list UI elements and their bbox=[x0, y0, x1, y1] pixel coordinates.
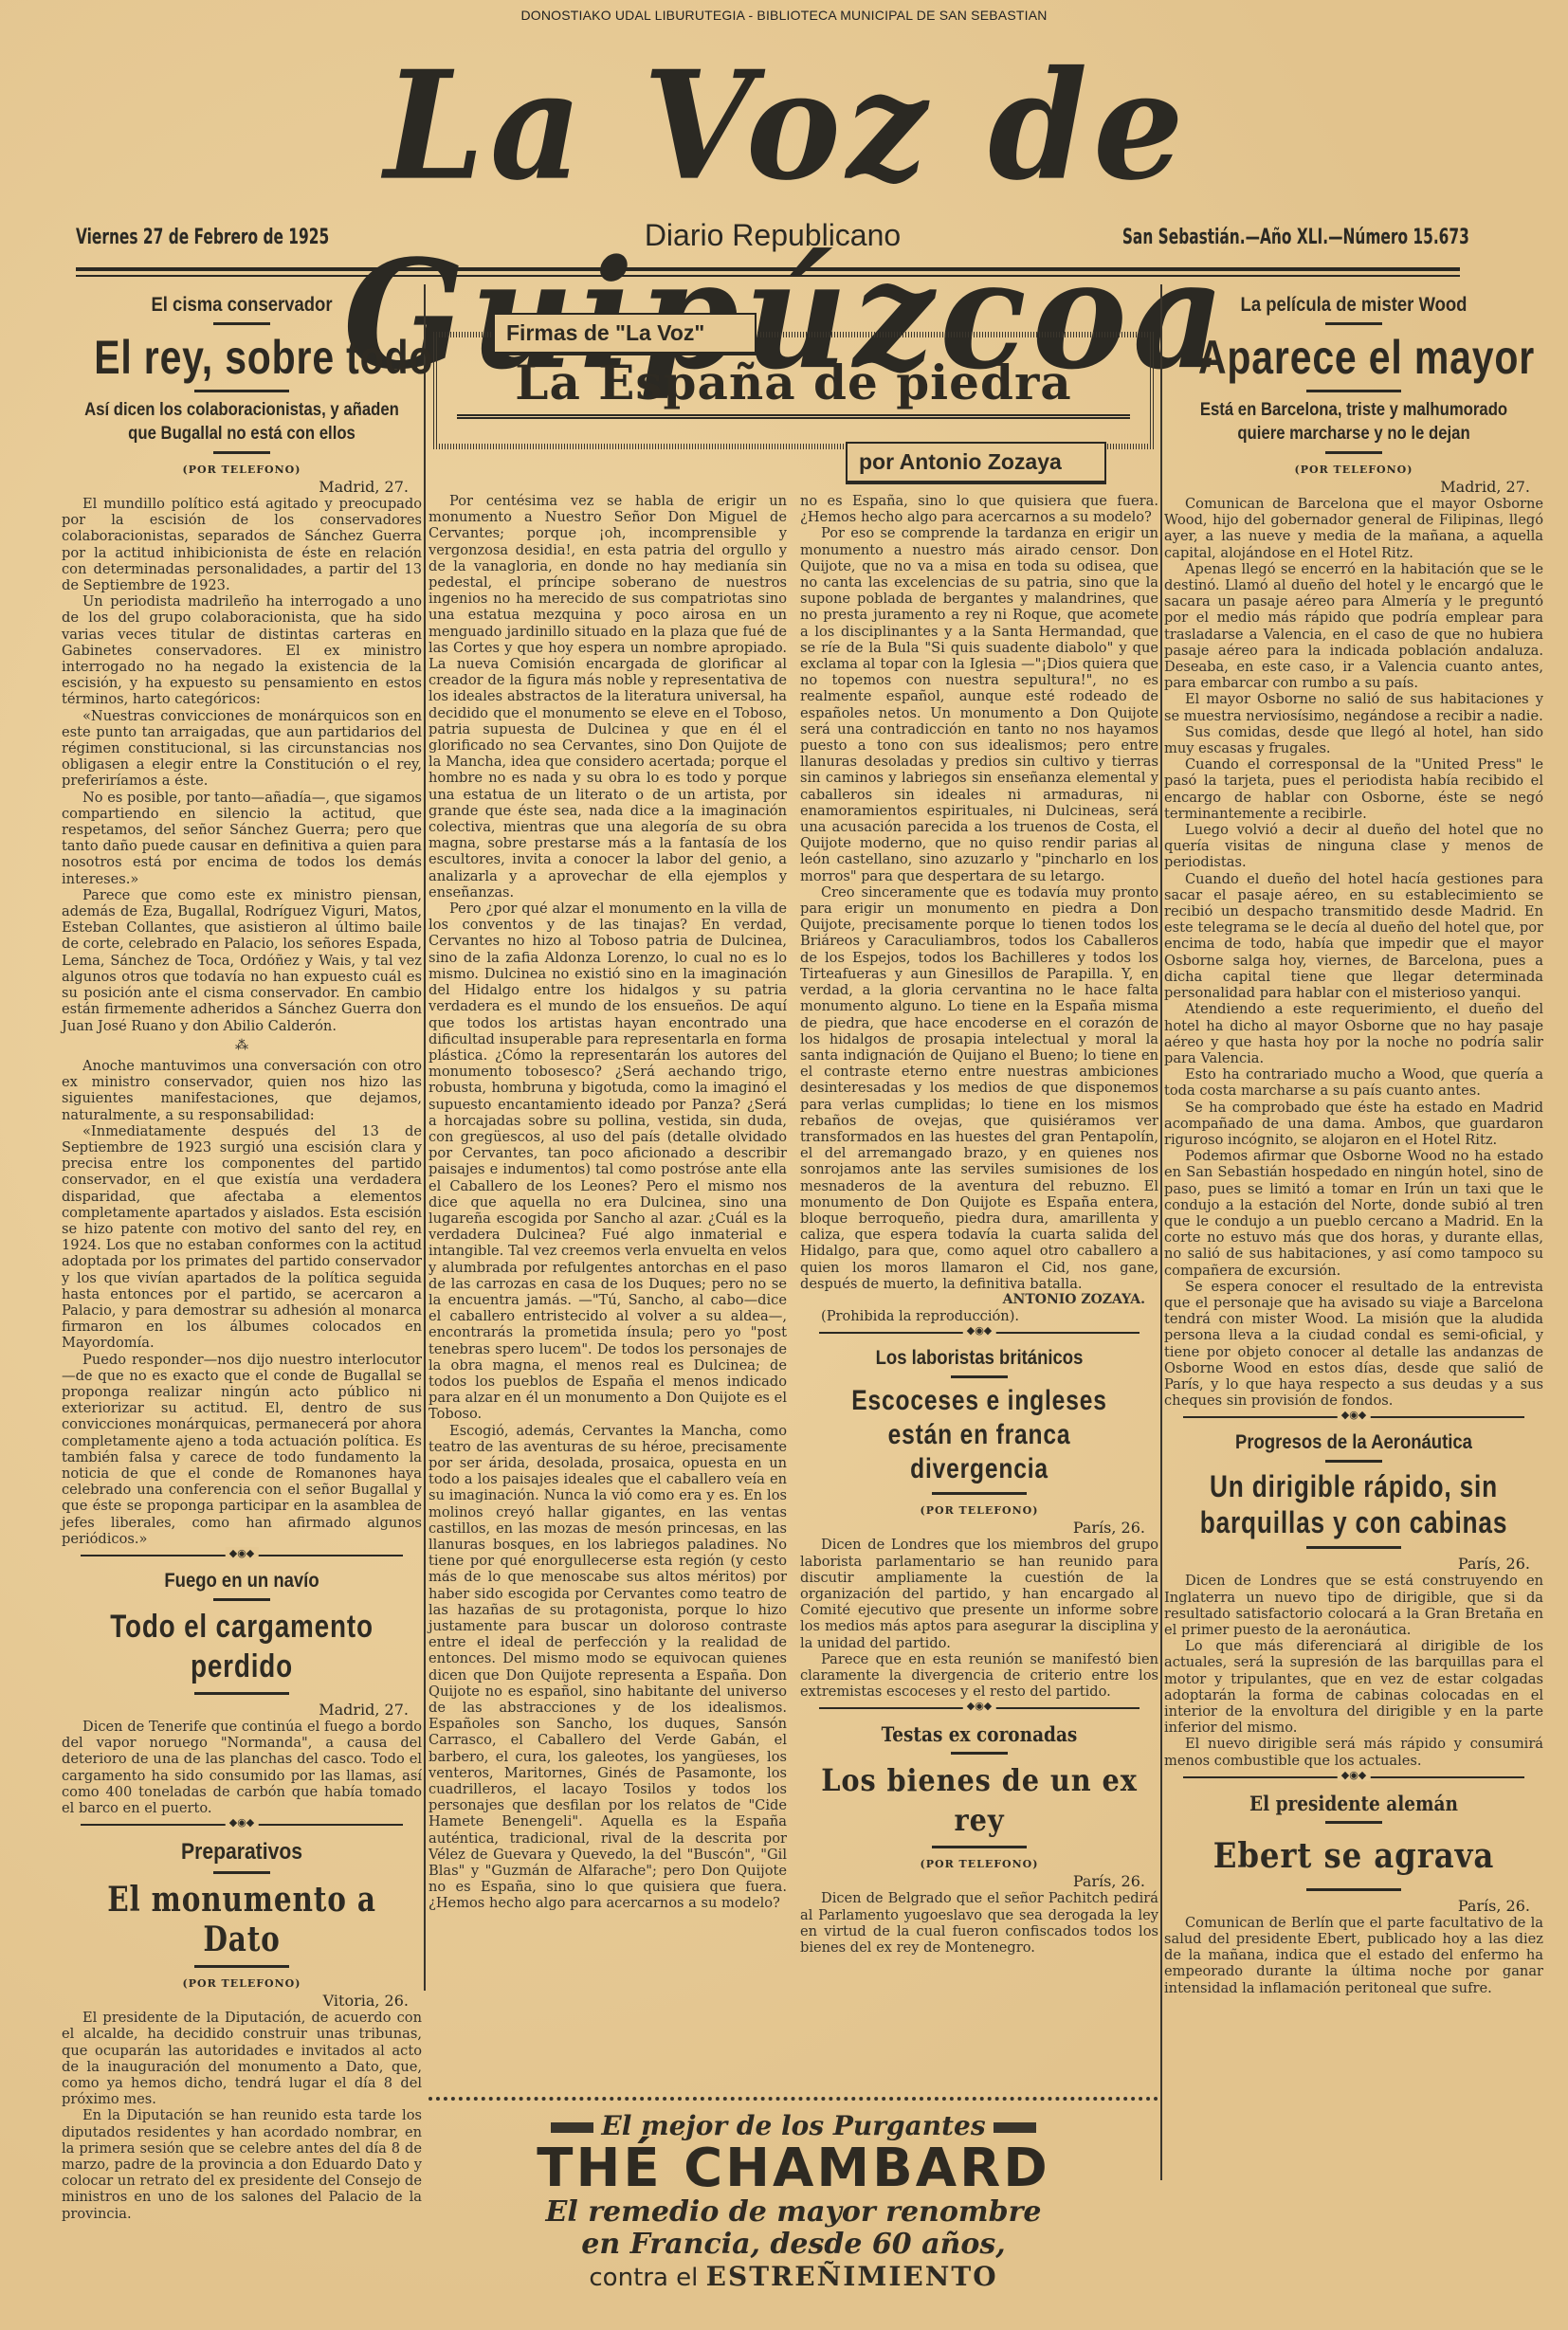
ornament-divider bbox=[1183, 1776, 1524, 1782]
article-headline: Todo el cargamento perdido bbox=[94, 1607, 390, 1686]
article-headline: El monumento a Dato bbox=[94, 1880, 390, 1959]
paragraph: No es posible, por tanto—añadía—, que si… bbox=[62, 790, 422, 887]
ad-claim-2: en Francia, desde 60 años, bbox=[428, 2229, 1158, 2261]
dateline-place: París, 26. bbox=[1164, 1555, 1543, 1573]
ornament-divider bbox=[1183, 1416, 1524, 1422]
paragraph: Anoche mantuvimos una conversación con o… bbox=[62, 1058, 422, 1123]
ornament-divider bbox=[819, 1707, 1140, 1713]
article-kicker: Los laboristas británicos bbox=[822, 1347, 1138, 1370]
paragraph: Comunican de Berlín que el parte faculta… bbox=[1164, 1915, 1543, 1996]
divider bbox=[1325, 451, 1382, 454]
article-kicker: El presidente alemán bbox=[1187, 1792, 1521, 1815]
divider bbox=[194, 1965, 289, 1968]
ornament-divider bbox=[81, 1555, 403, 1560]
article-body: Dicen de Tenerife que continúa el fuego … bbox=[62, 1719, 422, 1816]
wire-credit: (POR TELEFONO) bbox=[62, 1977, 422, 1990]
feature-section-tag: Firmas de "La Voz" bbox=[493, 313, 757, 355]
paragraph: «Nuestras convicciones de monárquicos so… bbox=[62, 708, 422, 790]
paragraph: El mayor Osborne no salió de sus habitac… bbox=[1164, 691, 1543, 723]
paragraph: Cuando el dueño del hotel hacía gestione… bbox=[1164, 871, 1543, 1002]
dateline: Viernes 27 de Febrero de 1925 Diario Rep… bbox=[76, 216, 1469, 259]
article-bienes-ex-rey: Testas ex coronadas Los bienes de un ex … bbox=[800, 1722, 1158, 1956]
divider bbox=[213, 1598, 270, 1601]
paragraph: Puedo responder—nos dijo nuestro interlo… bbox=[62, 1352, 422, 1547]
article-body: Dicen de Belgrado que el señor Pachitch … bbox=[800, 1890, 1158, 1956]
paragraph: Lo que más diferenciará al dirigible de … bbox=[1164, 1638, 1543, 1736]
paragraph: Escogió, además, Cervantes la Mancha, co… bbox=[428, 1423, 787, 1912]
paragraph: El nuevo dirigible será más rápido y con… bbox=[1164, 1736, 1543, 1768]
dateline-place: París, 26. bbox=[800, 1519, 1158, 1537]
paragraph: Atendiendo a este requerimiento, el dueñ… bbox=[1164, 1001, 1543, 1066]
feature-columns: Por centésima vez se habla de erigir un … bbox=[428, 493, 1158, 1956]
article-dirigible: Progresos de la Aeronáutica Un dirigible… bbox=[1164, 1431, 1543, 1768]
dateline-place: Madrid, 27. bbox=[1164, 478, 1543, 496]
article-laboristas: Los laboristas británicos Escoceses e in… bbox=[800, 1347, 1158, 1700]
ad-footer-prefix: contra el bbox=[589, 2264, 698, 2292]
dateline-place: Vitoria, 26. bbox=[62, 1992, 422, 2010]
paragraph: Luego volvió a decir al dueño del hotel … bbox=[1164, 822, 1543, 871]
paragraph: Esto ha contrariado mucho a Wood, que qu… bbox=[1164, 1066, 1543, 1099]
ornament-divider bbox=[819, 1332, 1140, 1338]
column-right: La película de mister Wood Aparece el ma… bbox=[1164, 284, 1543, 1996]
article-body: Comunican de Berlín que el parte faculta… bbox=[1164, 1915, 1543, 1996]
author-signature: ANTONIO ZOZAYA. bbox=[800, 1292, 1158, 1308]
ornament-divider bbox=[81, 1824, 403, 1829]
article-body: El mundillo político está agitado y preo… bbox=[62, 496, 422, 1547]
feature-body-right: no es España, sino lo que quisiera que f… bbox=[800, 493, 1158, 1956]
divider bbox=[194, 1692, 289, 1695]
article-kicker: Testas ex coronadas bbox=[822, 1722, 1138, 1746]
article-kicker: El cisma conservador bbox=[83, 294, 400, 317]
divider bbox=[1325, 322, 1382, 325]
feature-title: La España de piedra bbox=[457, 355, 1130, 419]
ad-footer-keyword: ESTREÑIMIENTO bbox=[706, 2261, 998, 2292]
newspaper-subtitle: Diario Republicano bbox=[645, 218, 901, 253]
feature-byline: por Antonio Zozaya bbox=[846, 442, 1106, 484]
ad-footer: contra el ESTREÑIMIENTO bbox=[428, 2261, 1158, 2292]
masthead-rule bbox=[76, 267, 1460, 271]
paragraph: Parece que como este ex ministro piensan… bbox=[62, 887, 422, 1034]
ad-bar-right bbox=[994, 2122, 1036, 2133]
library-credit: DONOSTIAKO UDAL LIBURUTEGIA - BIBLIOTECA… bbox=[0, 8, 1568, 23]
feature-body-left: Por centésima vez se habla de erigir un … bbox=[428, 493, 787, 1956]
paragraph: Cuando el corresponsal de la "United Pre… bbox=[1164, 756, 1543, 822]
article-deck: Está en Barcelona, triste y malhumorado … bbox=[1187, 398, 1521, 446]
paragraph: El presidente de la Diputación, de acuer… bbox=[62, 2010, 422, 2107]
article-headline: Aparece el mayor bbox=[1198, 331, 1509, 384]
paragraph: Podemos afirmar que Osborne Wood no ha e… bbox=[1164, 1148, 1543, 1279]
article-headline: Los bienes de un ex rey bbox=[818, 1760, 1140, 1840]
article-headline: Un dirigible rápido, sin barquillas y co… bbox=[1198, 1468, 1509, 1540]
issue-date: Viernes 27 de Febrero de 1925 bbox=[76, 226, 329, 249]
divider bbox=[1306, 1546, 1401, 1549]
wire-credit: (POR TELEFONO) bbox=[800, 1858, 1158, 1870]
article-todo-el-cargamento: Fuego en un navío Todo el cargamento per… bbox=[62, 1570, 422, 1816]
divider bbox=[951, 1752, 1008, 1755]
newspaper-title: La Voz de Guipúzcoa bbox=[57, 31, 1517, 221]
column-center: Firmas de "La Voz" La España de piedra p… bbox=[428, 284, 1158, 1956]
article-body: El presidente de la Diputación, de acuer… bbox=[62, 2010, 422, 2222]
paragraph: Parece que en esta reunión se manifestó … bbox=[800, 1651, 1158, 1701]
feature-header: Firmas de "La Voz" La España de piedra p… bbox=[428, 296, 1158, 485]
article-kicker: La película de mister Wood bbox=[1187, 294, 1521, 317]
asterism-icon: ⁂ bbox=[62, 1038, 422, 1054]
article-monumento-a-dato: Preparativos El monumento a Dato (POR TE… bbox=[62, 1839, 422, 2222]
divider bbox=[932, 1846, 1027, 1848]
divider bbox=[213, 322, 270, 325]
paragraph: Se ha comprobado que éste ha estado en M… bbox=[1164, 1100, 1543, 1149]
article-ebert: El presidente alemán Ebert se agrava Par… bbox=[1164, 1792, 1543, 1996]
wire-credit: (POR TELEFONO) bbox=[800, 1504, 1158, 1517]
dateline-place: Madrid, 27. bbox=[62, 478, 422, 496]
paragraph: Pero ¿por qué alzar el monumento en la v… bbox=[428, 901, 787, 1423]
paragraph: Creo sinceramente que es todavía muy pro… bbox=[800, 884, 1158, 1292]
article-headline: El rey, sobre todo bbox=[94, 331, 390, 384]
article-body: Dicen de Londres que los miembros del gr… bbox=[800, 1537, 1158, 1700]
paragraph: Se espera conocer el resultado de la ent… bbox=[1164, 1279, 1543, 1410]
divider bbox=[1306, 1888, 1401, 1891]
dateline-place: París, 26. bbox=[1164, 1897, 1543, 1915]
issue-number: San Sebastián.—Año XLI.—Número 15.673 bbox=[1122, 226, 1469, 249]
paragraph: Un periodista madrileño ha interrogado a… bbox=[62, 593, 422, 707]
paragraph: «Inmediatamente después del 13 de Septie… bbox=[62, 1123, 422, 1352]
article-body: Dicen de Londres que se está construyend… bbox=[1164, 1573, 1543, 1768]
article-kicker: Preparativos bbox=[83, 1839, 400, 1866]
masthead-rule-thin bbox=[76, 275, 1460, 277]
paragraph: Dicen de Londres que los miembros del gr… bbox=[800, 1537, 1158, 1650]
rights-notice: (Prohibida la reproducción). bbox=[800, 1308, 1158, 1324]
column-left: El cisma conservador El rey, sobre todo … bbox=[62, 284, 422, 2222]
advertisement-the-chambard: El mejor de los Purgantes THÉ CHAMBARD E… bbox=[428, 2097, 1158, 2292]
article-el-rey-sobre-todo: El cisma conservador El rey, sobre todo … bbox=[62, 294, 422, 1547]
paragraph: Dicen de Londres que se está construyend… bbox=[1164, 1573, 1543, 1638]
divider bbox=[194, 390, 289, 392]
ad-claim: El remedio de mayor renombre bbox=[428, 2196, 1158, 2229]
paragraph: Comunican de Barcelona que el mayor Osbo… bbox=[1164, 496, 1543, 561]
divider bbox=[1325, 1460, 1382, 1463]
dateline-place: Madrid, 27. bbox=[62, 1701, 422, 1719]
article-headline: Ebert se agrava bbox=[1183, 1829, 1524, 1883]
paragraph: Apenas llegó se encerró en la habitación… bbox=[1164, 561, 1543, 692]
divider bbox=[932, 1492, 1027, 1495]
dateline-place: París, 26. bbox=[800, 1872, 1158, 1890]
divider bbox=[213, 451, 270, 454]
paragraph: En la Diputación se han reunido esta tar… bbox=[62, 2107, 422, 2221]
article-kicker: Progresos de la Aeronáutica bbox=[1187, 1431, 1521, 1454]
divider bbox=[1306, 390, 1401, 392]
column-divider bbox=[1160, 284, 1162, 2180]
divider bbox=[213, 1871, 270, 1874]
ad-bar-left bbox=[551, 2122, 593, 2133]
ad-brand: THÉ CHAMBARD bbox=[428, 2141, 1158, 2196]
column-divider bbox=[424, 284, 426, 1991]
paragraph: Por eso se comprende la tardanza en erig… bbox=[800, 525, 1158, 883]
wire-credit: (POR TELEFONO) bbox=[1164, 464, 1543, 476]
article-deck: Así dicen los colaboracionistas, y añade… bbox=[83, 398, 400, 446]
article-body: Comunican de Barcelona que el mayor Osbo… bbox=[1164, 496, 1543, 1409]
paragraph: Sus comidas, desde que llegó al hotel, h… bbox=[1164, 724, 1543, 756]
paragraph: Por centésima vez se habla de erigir un … bbox=[428, 493, 787, 901]
paragraph: Dicen de Tenerife que continúa el fuego … bbox=[62, 1719, 422, 1816]
paragraph: Dicen de Belgrado que el señor Pachitch … bbox=[800, 1890, 1158, 1956]
wire-credit: (POR TELEFONO) bbox=[62, 464, 422, 476]
article-aparece-el-mayor: La película de mister Wood Aparece el ma… bbox=[1164, 294, 1543, 1409]
article-kicker: Fuego en un navío bbox=[83, 1570, 400, 1593]
article-headline: Escoceses e ingleses están en franca div… bbox=[832, 1384, 1126, 1486]
paragraph: El mundillo político está agitado y preo… bbox=[62, 496, 422, 593]
divider bbox=[951, 1375, 1008, 1378]
paragraph: no es España, sino lo que quisiera que f… bbox=[800, 493, 1158, 525]
divider bbox=[1325, 1821, 1382, 1824]
article-body: no es España, sino lo que quisiera que f… bbox=[800, 493, 1158, 1324]
